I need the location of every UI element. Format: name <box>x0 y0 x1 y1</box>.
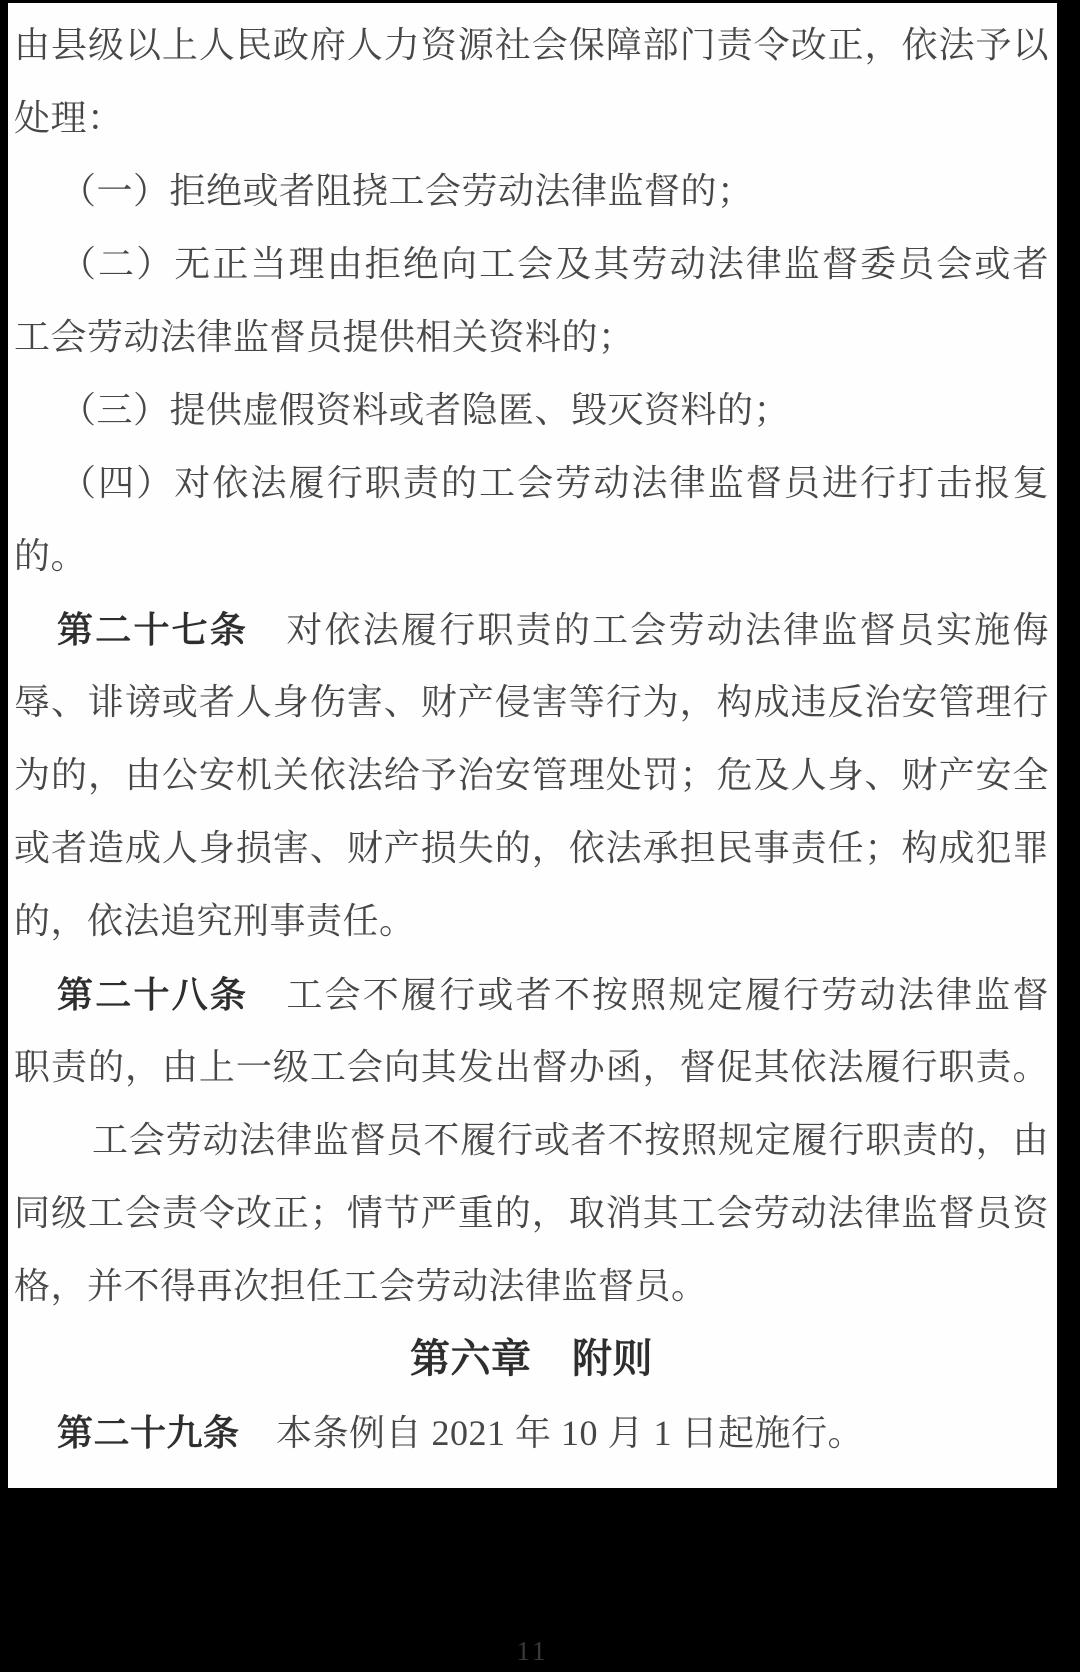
text-line: 职责的，由上一级工会向其发出督办函，督促其依法履行职责。 <box>14 1031 1049 1104</box>
text-line: 的，依法追究刑事责任。 <box>14 885 1049 958</box>
text-line: 工会劳动法律监督员不履行或者不按照规定履行职责的，由 <box>14 1104 1049 1177</box>
text-line: 辱、诽谤或者人身伤害、财产侵害等行为，构成违反治安管理行 <box>14 666 1049 739</box>
article-line: 第二十七条 对依法履行职责的工会劳动法律监督员实施侮 <box>14 593 1049 666</box>
document-body: 由县级以上人民政府人力资源社会保障部门责令改正，依法予以 处理： （一）拒绝或者… <box>8 3 1057 1469</box>
text-line: 工会劳动法律监督员提供相关资料的； <box>14 301 1049 374</box>
chapter-heading: 第六章 附则 <box>14 1323 1049 1396</box>
article-line: 第二十九条 本条例自 2021 年 10 月 1 日起施行。 <box>14 1396 1049 1469</box>
article-text: 对依法履行职责的工会劳动法律监督员实施侮 <box>248 610 1049 650</box>
page-background: 由县级以上人民政府人力资源社会保障部门责令改正，依法予以 处理： （一）拒绝或者… <box>0 0 1080 1672</box>
text-line: 或者造成人身损害、财产损失的，依法承担民事责任；构成犯罪 <box>14 812 1049 885</box>
page-number: 11 <box>8 1636 1057 1667</box>
text-line: 为的，由公安机关依法给予治安管理处罚；危及人身、财产安全 <box>14 739 1049 812</box>
list-item: （一）拒绝或者阻挠工会劳动法律监督的； <box>14 155 1049 228</box>
article-text: 工会不履行或者不按照规定履行劳动法律监督 <box>248 975 1049 1015</box>
text-line: 处理： <box>14 82 1049 155</box>
article-number: 第二十八条 <box>57 974 248 1015</box>
list-item: （四）对依法履行职责的工会劳动法律监督员进行打击报复 <box>14 447 1049 520</box>
list-item: （三）提供虚假资料或者隐匿、毁灭资料的； <box>14 374 1049 447</box>
text-line: 格，并不得再次担任工会劳动法律监督员。 <box>14 1250 1049 1323</box>
article-text: 本条例自 2021 年 10 月 1 日起施行。 <box>240 1413 865 1453</box>
document-page: 由县级以上人民政府人力资源社会保障部门责令改正，依法予以 处理： （一）拒绝或者… <box>8 3 1057 1488</box>
article-number: 第二十七条 <box>57 609 248 650</box>
text-line: 的。 <box>14 520 1049 593</box>
text-line: 由县级以上人民政府人力资源社会保障部门责令改正，依法予以 <box>14 9 1049 82</box>
text-line: 同级工会责令改正；情节严重的，取消其工会劳动法律监督员资 <box>14 1177 1049 1250</box>
article-number: 第二十九条 <box>57 1412 240 1453</box>
list-item: （二）无正当理由拒绝向工会及其劳动法律监督委员会或者 <box>14 228 1049 301</box>
article-line: 第二十八条 工会不履行或者不按照规定履行劳动法律监督 <box>14 958 1049 1031</box>
